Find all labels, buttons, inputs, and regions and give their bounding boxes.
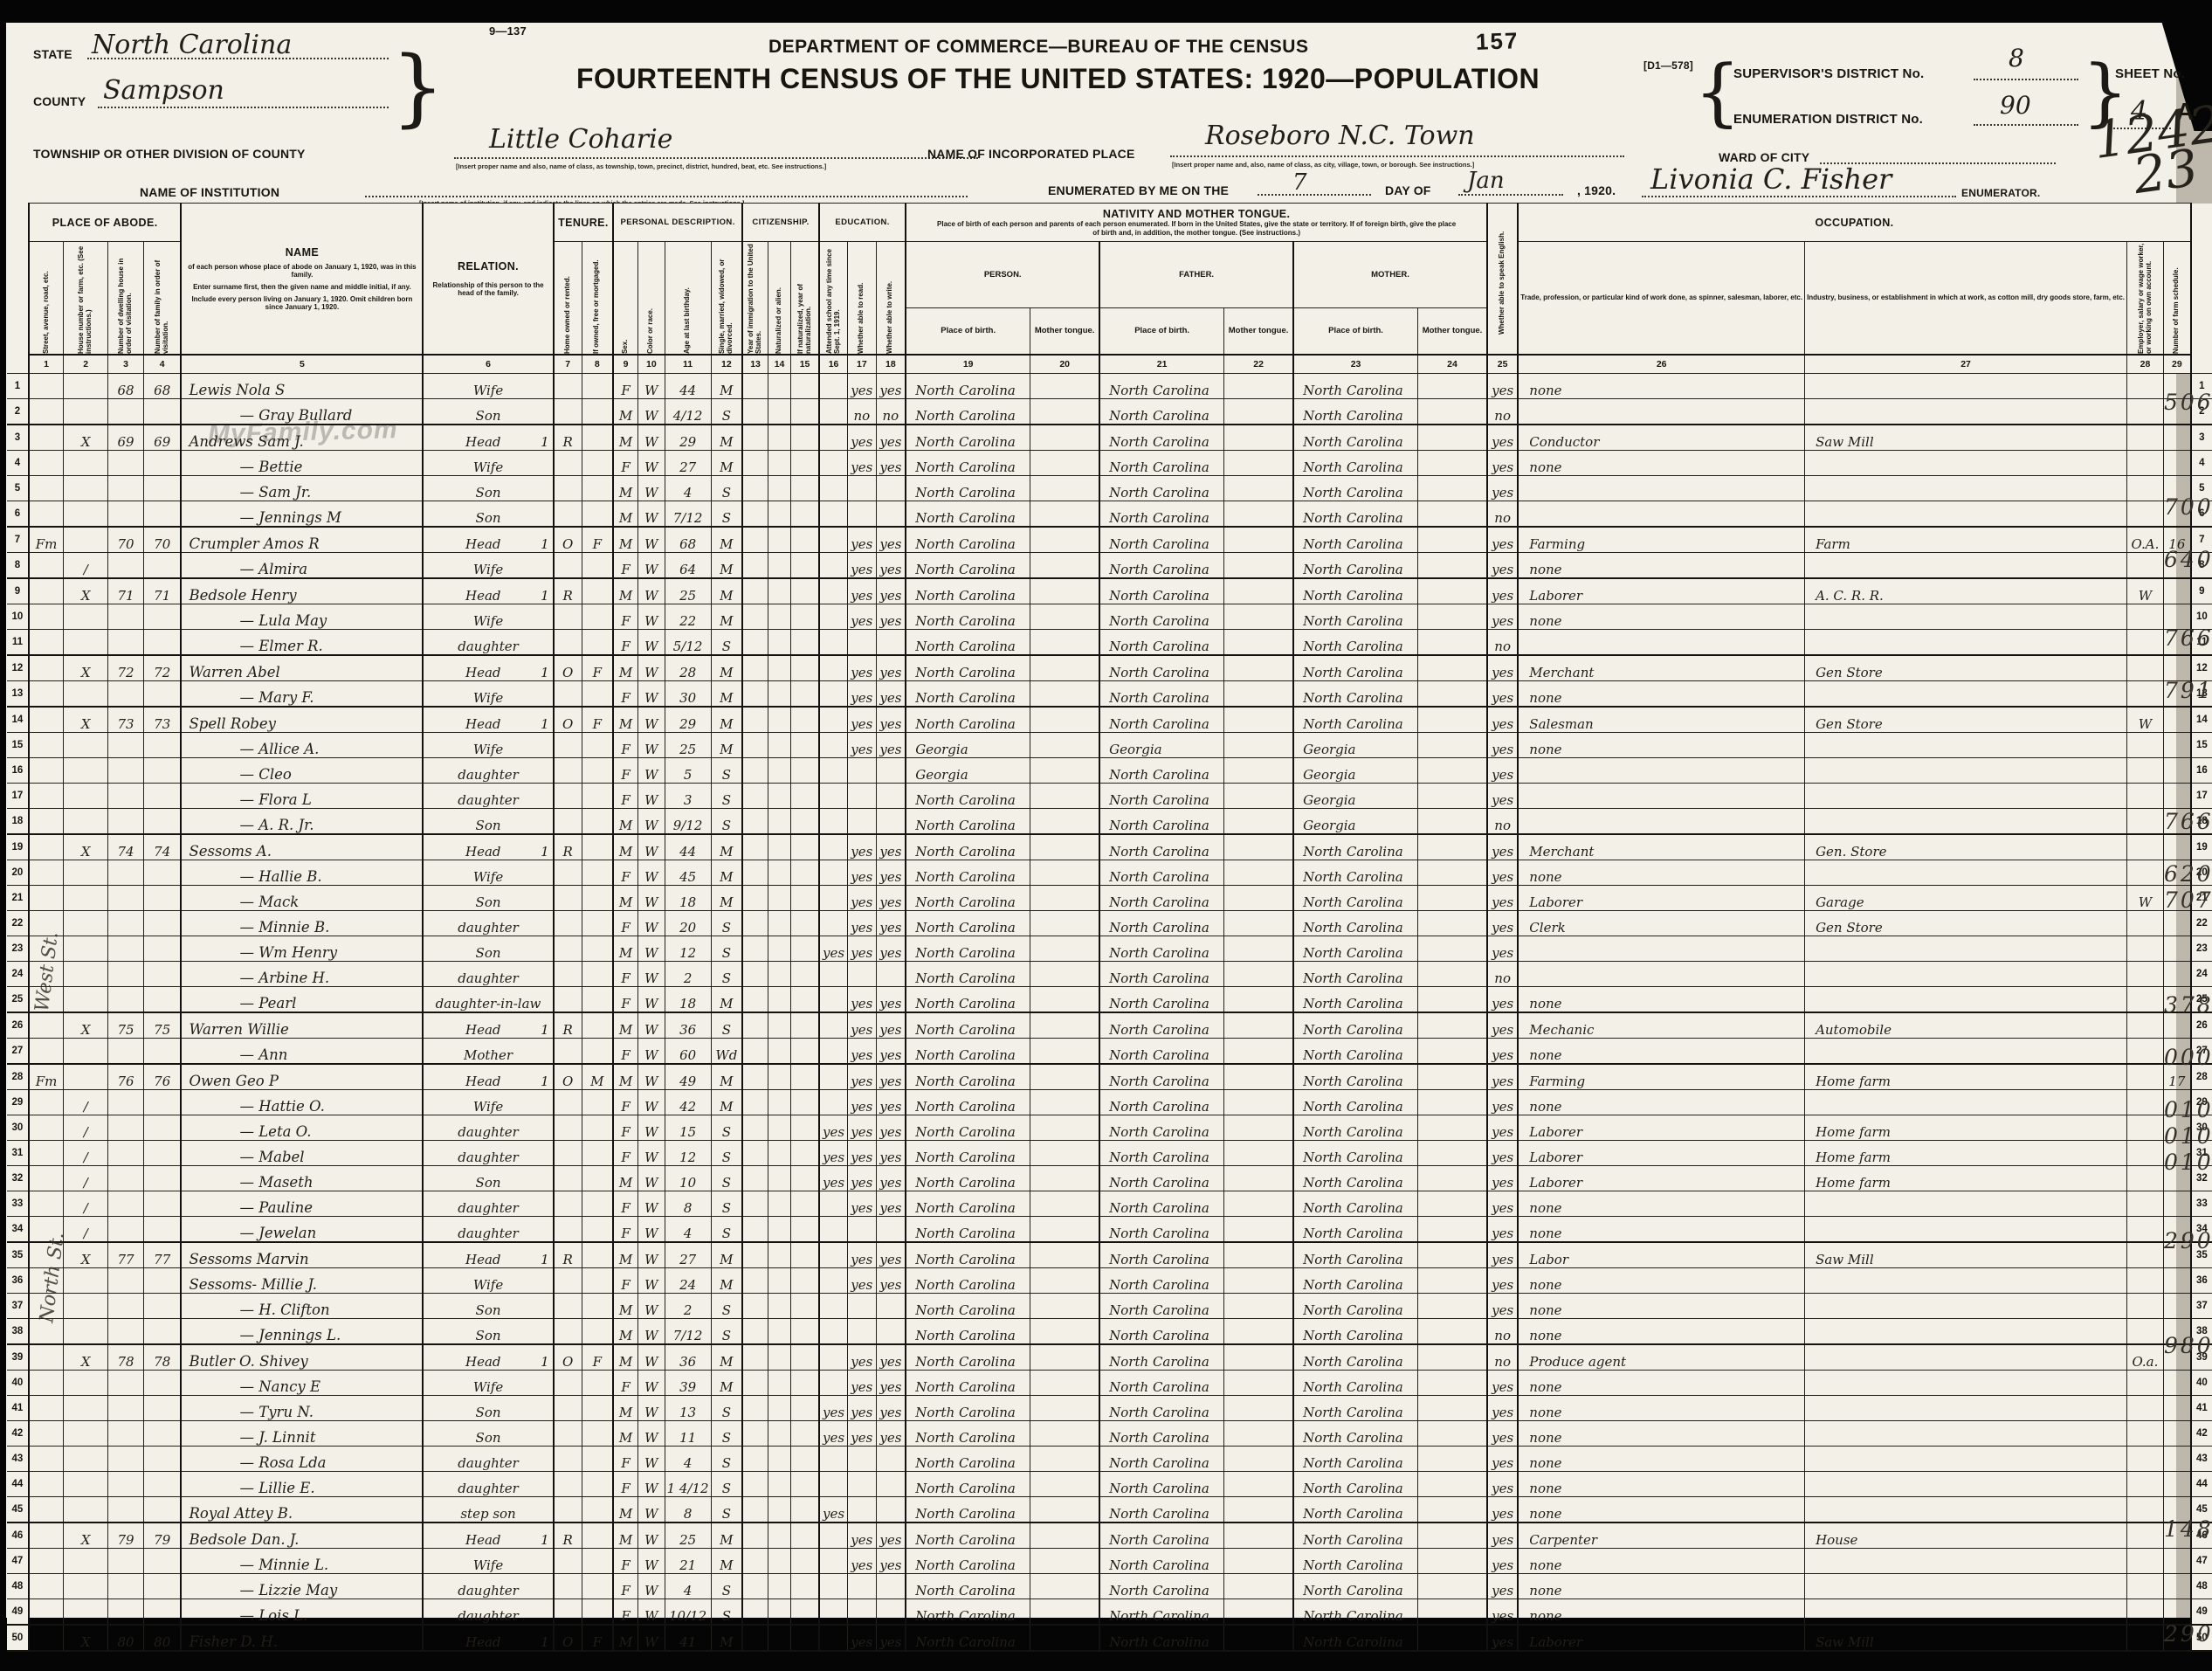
cell-sch bbox=[819, 1599, 848, 1626]
cell-pob: North Carolina bbox=[906, 936, 1030, 962]
cell-value: North Carolina bbox=[1303, 510, 1403, 526]
cell-dw: 73 bbox=[108, 707, 144, 733]
cell-value: W bbox=[644, 1150, 658, 1165]
cell-value: S bbox=[722, 510, 731, 526]
cell-c14 bbox=[768, 1396, 791, 1421]
cell-name: — Jewelan bbox=[181, 1217, 423, 1243]
cell-wr bbox=[876, 630, 906, 656]
cell-value: yes bbox=[879, 1074, 901, 1089]
cell-emp bbox=[2127, 451, 2164, 476]
cell-farm bbox=[2163, 936, 2190, 962]
cell-t7 bbox=[554, 1319, 582, 1345]
cell-sch bbox=[819, 758, 848, 784]
cell-eng: yes bbox=[1487, 1090, 1518, 1115]
cell-t7 bbox=[554, 1497, 582, 1523]
cell-dw: 79 bbox=[108, 1523, 144, 1549]
table-row: 24— Arbine H.daughterFW2SNorth CarolinaN… bbox=[7, 962, 2212, 987]
cell-mpob: North Carolina bbox=[1293, 1549, 1417, 1574]
table-row: 10— Lula MayWifeFW22MyesyesNorth Carolin… bbox=[7, 604, 2212, 630]
row-number-left: 40 bbox=[7, 1371, 29, 1396]
cell-pob: North Carolina bbox=[906, 987, 1030, 1013]
cell-value: Home farm bbox=[1816, 1074, 1891, 1089]
cell-name: Spell Robey bbox=[181, 707, 423, 733]
cell-value: F bbox=[593, 716, 602, 732]
cell-c14 bbox=[768, 1268, 791, 1294]
cell-name: — Cleo bbox=[181, 758, 423, 784]
cell-value: none bbox=[1529, 1405, 1561, 1420]
cell-c13 bbox=[742, 1447, 768, 1472]
cell-c13 bbox=[742, 1574, 768, 1599]
cell-value: none bbox=[1529, 1302, 1561, 1318]
col-number-18: 18 bbox=[876, 355, 906, 374]
cell-ind bbox=[1805, 630, 2127, 656]
group-occupation: OCCUPATION. bbox=[1518, 204, 2190, 242]
cell-dw bbox=[108, 1115, 144, 1141]
cell-sex: F bbox=[613, 962, 637, 987]
cell-value: North Carolina bbox=[1303, 1124, 1403, 1140]
cell-value: North Carolina bbox=[1303, 383, 1403, 398]
cell-value: yes bbox=[851, 459, 872, 475]
cell-eng: no bbox=[1487, 1319, 1518, 1345]
cell-eng: yes bbox=[1487, 604, 1518, 630]
cell-dw bbox=[108, 1371, 144, 1396]
subgroup-mother: MOTHER. bbox=[1293, 242, 1487, 308]
cell-rel: Son bbox=[423, 501, 553, 528]
cell-value: W bbox=[644, 434, 658, 450]
cell-mt3 bbox=[1418, 1242, 1488, 1268]
incorporated-place-line bbox=[1170, 155, 1624, 157]
cell-color: W bbox=[638, 1191, 665, 1217]
col-header-able-to-read: Whether able to read. bbox=[848, 242, 876, 356]
col-header-sex: Sex. bbox=[613, 242, 637, 356]
cell-t8 bbox=[582, 578, 613, 604]
cell-value: Royal Attey B. bbox=[189, 1505, 293, 1522]
cell-value: yes bbox=[879, 1277, 901, 1293]
cell-eng: yes bbox=[1487, 1421, 1518, 1447]
cell-value: M bbox=[619, 1430, 632, 1446]
township-value: Little Coharie bbox=[489, 124, 672, 155]
cell-value: North Carolina bbox=[1303, 588, 1403, 604]
cell-ms: S bbox=[711, 1574, 742, 1599]
cell-occ: Laborer bbox=[1518, 1115, 1804, 1141]
cell-value: F bbox=[621, 1557, 630, 1573]
cell-sex: F bbox=[613, 1371, 637, 1396]
cell-value: none bbox=[1529, 1608, 1561, 1624]
cell-fpob: North Carolina bbox=[1099, 425, 1223, 451]
cell-value: 24 bbox=[679, 1277, 696, 1293]
cell-mt3 bbox=[1418, 604, 1488, 630]
cell-pob: North Carolina bbox=[906, 809, 1030, 835]
cell-rel: Wife bbox=[423, 681, 553, 708]
cell-value: S bbox=[722, 1150, 731, 1165]
cell-c14 bbox=[768, 1421, 791, 1447]
cell-value: Wife bbox=[473, 869, 503, 885]
cell-value: W bbox=[644, 818, 658, 833]
cell-value: Owen Geo P bbox=[189, 1073, 279, 1089]
cell-fpob: North Carolina bbox=[1099, 630, 1223, 656]
cell-fpob: North Carolina bbox=[1099, 1523, 1223, 1549]
cell-color: W bbox=[638, 1574, 665, 1599]
table-row: 50X8080Fisher D. H.1HeadOFMW41MyesyesNor… bbox=[7, 1625, 2212, 1651]
cell-value: North Carolina bbox=[915, 639, 1016, 654]
cell-value: North Carolina bbox=[1109, 459, 1209, 475]
cell-emp bbox=[2127, 501, 2164, 528]
cell-mark bbox=[64, 604, 108, 630]
row-number-left: 8 bbox=[7, 553, 29, 579]
cell-fam bbox=[143, 1115, 181, 1141]
cell-mpob: North Carolina bbox=[1293, 374, 1417, 399]
cell-mpob: North Carolina bbox=[1293, 425, 1417, 451]
cell-value: W bbox=[644, 1277, 658, 1293]
cell-t8 bbox=[582, 399, 613, 425]
cell-fpob: North Carolina bbox=[1099, 707, 1223, 733]
cell-color: W bbox=[638, 1166, 665, 1191]
cell-t8 bbox=[582, 1371, 613, 1396]
cell-eng: yes bbox=[1487, 1242, 1518, 1268]
cell-ms: M bbox=[711, 1371, 742, 1396]
cell-fpob: North Carolina bbox=[1099, 1344, 1223, 1371]
cell-rel: daughter bbox=[423, 911, 553, 936]
cell-c13 bbox=[742, 1371, 768, 1396]
cell-value: yes bbox=[1492, 1405, 1513, 1420]
row-number-left: 9 bbox=[7, 578, 29, 604]
cell-c14 bbox=[768, 578, 791, 604]
cell-mt1 bbox=[1030, 1115, 1100, 1141]
cell-c15 bbox=[791, 681, 819, 708]
cell-occ: Carpenter bbox=[1518, 1523, 1804, 1549]
cell-c15 bbox=[791, 911, 819, 936]
cell-mark bbox=[64, 758, 108, 784]
cell-occ: none bbox=[1518, 1191, 1804, 1217]
cell-value: North Carolina bbox=[1303, 613, 1403, 629]
cell-sex: M bbox=[613, 834, 637, 860]
cell-fpob: North Carolina bbox=[1099, 1574, 1223, 1599]
cell-mark: / bbox=[64, 553, 108, 579]
cell-c15 bbox=[791, 860, 819, 886]
cell-value: F bbox=[621, 562, 630, 577]
cell-fam: 74 bbox=[143, 834, 181, 860]
cell-ms: M bbox=[711, 604, 742, 630]
cell-rel: 1Head bbox=[423, 1012, 553, 1039]
cell-value: Georgia bbox=[915, 742, 968, 757]
cell-name: — Lizzie May bbox=[181, 1574, 423, 1599]
cell-ind bbox=[1805, 476, 2127, 501]
cell-ind: Saw Mill bbox=[1805, 425, 2127, 451]
supervisor-district-label: SUPERVISOR'S DISTRICT No. bbox=[1733, 66, 1924, 81]
cell-mt2 bbox=[1224, 1549, 1294, 1574]
cell-value: X bbox=[81, 1022, 91, 1038]
cell-value: W bbox=[644, 562, 658, 577]
cell-value: yes bbox=[879, 613, 901, 629]
row-number-left: 29 bbox=[7, 1090, 29, 1115]
cell-value: yes bbox=[879, 1252, 901, 1267]
cell-t8 bbox=[582, 1115, 613, 1141]
cell-sch bbox=[819, 374, 848, 399]
cell-value: 5 bbox=[684, 767, 693, 783]
cell-value: S bbox=[722, 945, 731, 961]
col-number-8: 8 bbox=[582, 355, 613, 374]
cell-t7 bbox=[554, 1599, 582, 1626]
cell-mt3 bbox=[1418, 758, 1488, 784]
cell-value: North Carolina bbox=[1303, 1532, 1403, 1548]
cell-ind bbox=[1805, 1344, 2127, 1371]
cell-sex: F bbox=[613, 604, 637, 630]
cell-c14 bbox=[768, 374, 791, 399]
cell-value: daughter bbox=[458, 920, 519, 936]
col-number-11: 11 bbox=[665, 355, 711, 374]
cell-value: none bbox=[1529, 869, 1561, 885]
cell-dw: 78 bbox=[108, 1344, 144, 1371]
cell-fpob: North Carolina bbox=[1099, 1625, 1223, 1651]
cell-value: 4 bbox=[684, 485, 693, 501]
cell-farm bbox=[2163, 1294, 2190, 1319]
cell-t8 bbox=[582, 604, 613, 630]
cell-value: W bbox=[644, 613, 658, 629]
cell-mpob: North Carolina bbox=[1293, 1242, 1417, 1268]
cell-street bbox=[29, 784, 64, 809]
cell-t7: R bbox=[554, 1012, 582, 1039]
cell-color: W bbox=[638, 1472, 665, 1497]
supervisor-district-value: 8 bbox=[2009, 44, 2024, 73]
cell-value: yes bbox=[1492, 1455, 1513, 1471]
cell-value: 4 bbox=[684, 1583, 693, 1598]
cell-sex: F bbox=[613, 784, 637, 809]
cell-value: S bbox=[722, 1175, 731, 1191]
cell-eng: yes bbox=[1487, 1497, 1518, 1523]
cell-c14 bbox=[768, 1090, 791, 1115]
cell-wr: yes bbox=[876, 1523, 906, 1549]
cell-c14 bbox=[768, 1599, 791, 1626]
cell-value: M bbox=[619, 665, 632, 680]
cell-value: S bbox=[722, 1328, 731, 1343]
cell-value: yes bbox=[879, 1150, 901, 1165]
cell-sch bbox=[819, 1012, 848, 1039]
cell-farm bbox=[2163, 1371, 2190, 1396]
cell-value: Wife bbox=[473, 1379, 503, 1395]
cell-value: North Carolina bbox=[1109, 792, 1209, 808]
cell-value: none bbox=[1529, 996, 1561, 1012]
cell-value: M bbox=[619, 1532, 632, 1548]
cell-value: daughter bbox=[458, 1200, 519, 1216]
cell-value: 8 bbox=[684, 1506, 693, 1522]
table-row: 41— Tyru N.SonMW13SyesyesyesNorth Caroli… bbox=[7, 1396, 2212, 1421]
cell-c13 bbox=[742, 886, 768, 911]
tenure-tick: 1 bbox=[541, 1532, 551, 1548]
cell-age: 2 bbox=[665, 962, 711, 987]
cell-mt2 bbox=[1224, 655, 1294, 681]
row-number-left: 23 bbox=[7, 936, 29, 962]
cell-value: Son bbox=[476, 1175, 501, 1191]
cell-value: Wife bbox=[473, 1277, 503, 1293]
cell-ms: M bbox=[711, 374, 742, 399]
cell-eng: yes bbox=[1487, 655, 1518, 681]
cell-mpob: North Carolina bbox=[1293, 987, 1417, 1013]
col-header-farm-schedule: Number of farm schedule. bbox=[2163, 242, 2190, 356]
cell-wr: yes bbox=[876, 1039, 906, 1065]
cell-name: — Sam Jr. bbox=[181, 476, 423, 501]
cell-color: W bbox=[638, 604, 665, 630]
cell-ms: M bbox=[711, 1625, 742, 1651]
cell-farm bbox=[2163, 1191, 2190, 1217]
cell-value: W bbox=[644, 639, 658, 654]
cell-value: North Carolina bbox=[1303, 945, 1403, 961]
cell-mark bbox=[64, 1421, 108, 1447]
cell-wr: yes bbox=[876, 527, 906, 553]
cell-sex: M bbox=[613, 886, 637, 911]
cell-eng: yes bbox=[1487, 476, 1518, 501]
cell-street bbox=[29, 1549, 64, 1574]
cell-value: North Carolina bbox=[1109, 1557, 1209, 1573]
col-header-speak-english: Whether able to speak English. bbox=[1487, 204, 1518, 356]
cell-mt3 bbox=[1418, 1625, 1488, 1651]
cell-mt2 bbox=[1224, 962, 1294, 987]
cell-rel: Wife bbox=[423, 1090, 553, 1115]
cell-emp bbox=[2127, 1064, 2164, 1090]
cell-value: yes bbox=[1492, 1557, 1513, 1573]
cell-value: yes bbox=[1492, 1634, 1513, 1650]
cell-ind bbox=[1805, 1191, 2127, 1217]
cell-wr: yes bbox=[876, 987, 906, 1013]
cell-value: Wife bbox=[473, 690, 503, 706]
cell-value: yes bbox=[1492, 792, 1513, 808]
cell-emp bbox=[2127, 425, 2164, 451]
cell-value: North Carolina bbox=[1109, 1277, 1209, 1293]
cell-fam bbox=[143, 987, 181, 1013]
cell-t7: R bbox=[554, 425, 582, 451]
cell-value: yes bbox=[851, 1634, 872, 1650]
cell-emp bbox=[2127, 809, 2164, 835]
cell-sex: M bbox=[613, 578, 637, 604]
cell-value: North Carolina bbox=[1303, 1175, 1403, 1191]
cell-rd: yes bbox=[848, 1166, 876, 1191]
cell-value: S bbox=[722, 1506, 731, 1522]
cell-name: Bedsole Dan. J. bbox=[181, 1523, 423, 1549]
cell-ind: Home farm bbox=[1805, 1115, 2127, 1141]
cell-value: North Carolina bbox=[1303, 665, 1403, 680]
cell-dw: 77 bbox=[108, 1242, 144, 1268]
cell-value: F bbox=[621, 792, 630, 808]
cell-t7: O bbox=[554, 655, 582, 681]
cell-rd bbox=[848, 1217, 876, 1243]
cell-value: — Jewelan bbox=[239, 1225, 316, 1241]
cell-mt3 bbox=[1418, 936, 1488, 962]
cell-rel: daughter-in-law bbox=[423, 987, 553, 1013]
cell-c15 bbox=[791, 1371, 819, 1396]
cell-emp bbox=[2127, 733, 2164, 758]
cell-mark bbox=[64, 1549, 108, 1574]
cell-value: Wife bbox=[473, 459, 503, 475]
cell-wr: yes bbox=[876, 1012, 906, 1039]
cell-value: yes bbox=[1492, 1099, 1513, 1115]
cell-value: North Carolina bbox=[1303, 690, 1403, 706]
cell-mpob: North Carolina bbox=[1293, 476, 1417, 501]
col-header-naturalization-year: If naturalized, year of naturalization. bbox=[791, 242, 819, 356]
cell-value: F bbox=[621, 1226, 630, 1241]
cell-rel: daughter bbox=[423, 1599, 553, 1626]
cell-sch bbox=[819, 476, 848, 501]
cell-ms: S bbox=[711, 784, 742, 809]
cell-t8 bbox=[582, 681, 613, 708]
cell-value: daughter bbox=[458, 1455, 519, 1471]
cell-value: — Cleo bbox=[239, 766, 291, 783]
cell-ms: S bbox=[711, 1599, 742, 1626]
cell-color: W bbox=[638, 1396, 665, 1421]
cell-age: 5 bbox=[665, 758, 711, 784]
cell-value: none bbox=[1529, 1226, 1561, 1241]
cell-mt1 bbox=[1030, 834, 1100, 860]
cell-value: 75 bbox=[118, 1022, 134, 1038]
cell-street bbox=[29, 1344, 64, 1371]
col-header-color-race: Color or race. bbox=[638, 242, 665, 356]
cell-value: Wife bbox=[473, 562, 503, 577]
cell-value: M bbox=[619, 1302, 632, 1318]
cell-c15 bbox=[791, 527, 819, 553]
cell-t7 bbox=[554, 451, 582, 476]
cell-wr bbox=[876, 1497, 906, 1523]
cell-rd: yes bbox=[848, 578, 876, 604]
cell-value: Fisher D. H. bbox=[189, 1633, 277, 1650]
cell-sch bbox=[819, 681, 848, 708]
cell-c15 bbox=[791, 630, 819, 656]
cell-rel: daughter bbox=[423, 1217, 553, 1243]
cell-value: S bbox=[722, 408, 731, 424]
cell-dw bbox=[108, 1141, 144, 1166]
cell-mt2 bbox=[1224, 1472, 1294, 1497]
cell-c14 bbox=[768, 681, 791, 708]
cell-value: — Leta O. bbox=[239, 1123, 311, 1140]
cell-dw bbox=[108, 1217, 144, 1243]
row-number-left: 5 bbox=[7, 476, 29, 501]
cell-sch bbox=[819, 1294, 848, 1319]
cell-value: X bbox=[81, 588, 91, 604]
row-number-header-right bbox=[2191, 204, 2212, 374]
cell-value: North Carolina bbox=[1109, 945, 1209, 961]
cell-mt1 bbox=[1030, 1472, 1100, 1497]
cell-age: 4/12 bbox=[665, 399, 711, 425]
cell-mt3 bbox=[1418, 911, 1488, 936]
township-label: TOWNSHIP OR OTHER DIVISION OF COUNTY bbox=[33, 147, 306, 161]
cell-t8 bbox=[582, 886, 613, 911]
cell-value: none bbox=[1529, 1506, 1561, 1522]
cell-street bbox=[29, 1012, 64, 1039]
cell-fpob: North Carolina bbox=[1099, 655, 1223, 681]
table-row: 5— Sam Jr.SonMW4SNorth CarolinaNorth Car… bbox=[7, 476, 2212, 501]
cell-sex: F bbox=[613, 1599, 637, 1626]
cell-pob: North Carolina bbox=[906, 1242, 1030, 1268]
cell-value: 73 bbox=[118, 716, 134, 732]
cell-t8 bbox=[582, 834, 613, 860]
cell-value: Labor bbox=[1529, 1252, 1568, 1267]
cell-street bbox=[29, 501, 64, 528]
group-tenure: TENURE. bbox=[554, 204, 613, 242]
cell-t8 bbox=[582, 809, 613, 835]
cell-occ: none bbox=[1518, 553, 1804, 579]
row-number-right: 4 bbox=[2191, 451, 2212, 476]
row-number-left: 45 bbox=[7, 1497, 29, 1523]
table-row: 34/— JewelandaughterFW4SNorth CarolinaNo… bbox=[7, 1217, 2212, 1243]
cell-t7 bbox=[554, 399, 582, 425]
cell-value: yes bbox=[1492, 690, 1513, 706]
cell-street bbox=[29, 630, 64, 656]
cell-value: yes bbox=[851, 1022, 872, 1038]
cell-t8 bbox=[582, 1549, 613, 1574]
cell-sch bbox=[819, 399, 848, 425]
township-line bbox=[454, 157, 978, 159]
cell-mt2 bbox=[1224, 578, 1294, 604]
cell-rd: yes bbox=[848, 1064, 876, 1090]
cell-value: yes bbox=[879, 1557, 901, 1573]
cell-value: 4 bbox=[684, 1226, 693, 1241]
